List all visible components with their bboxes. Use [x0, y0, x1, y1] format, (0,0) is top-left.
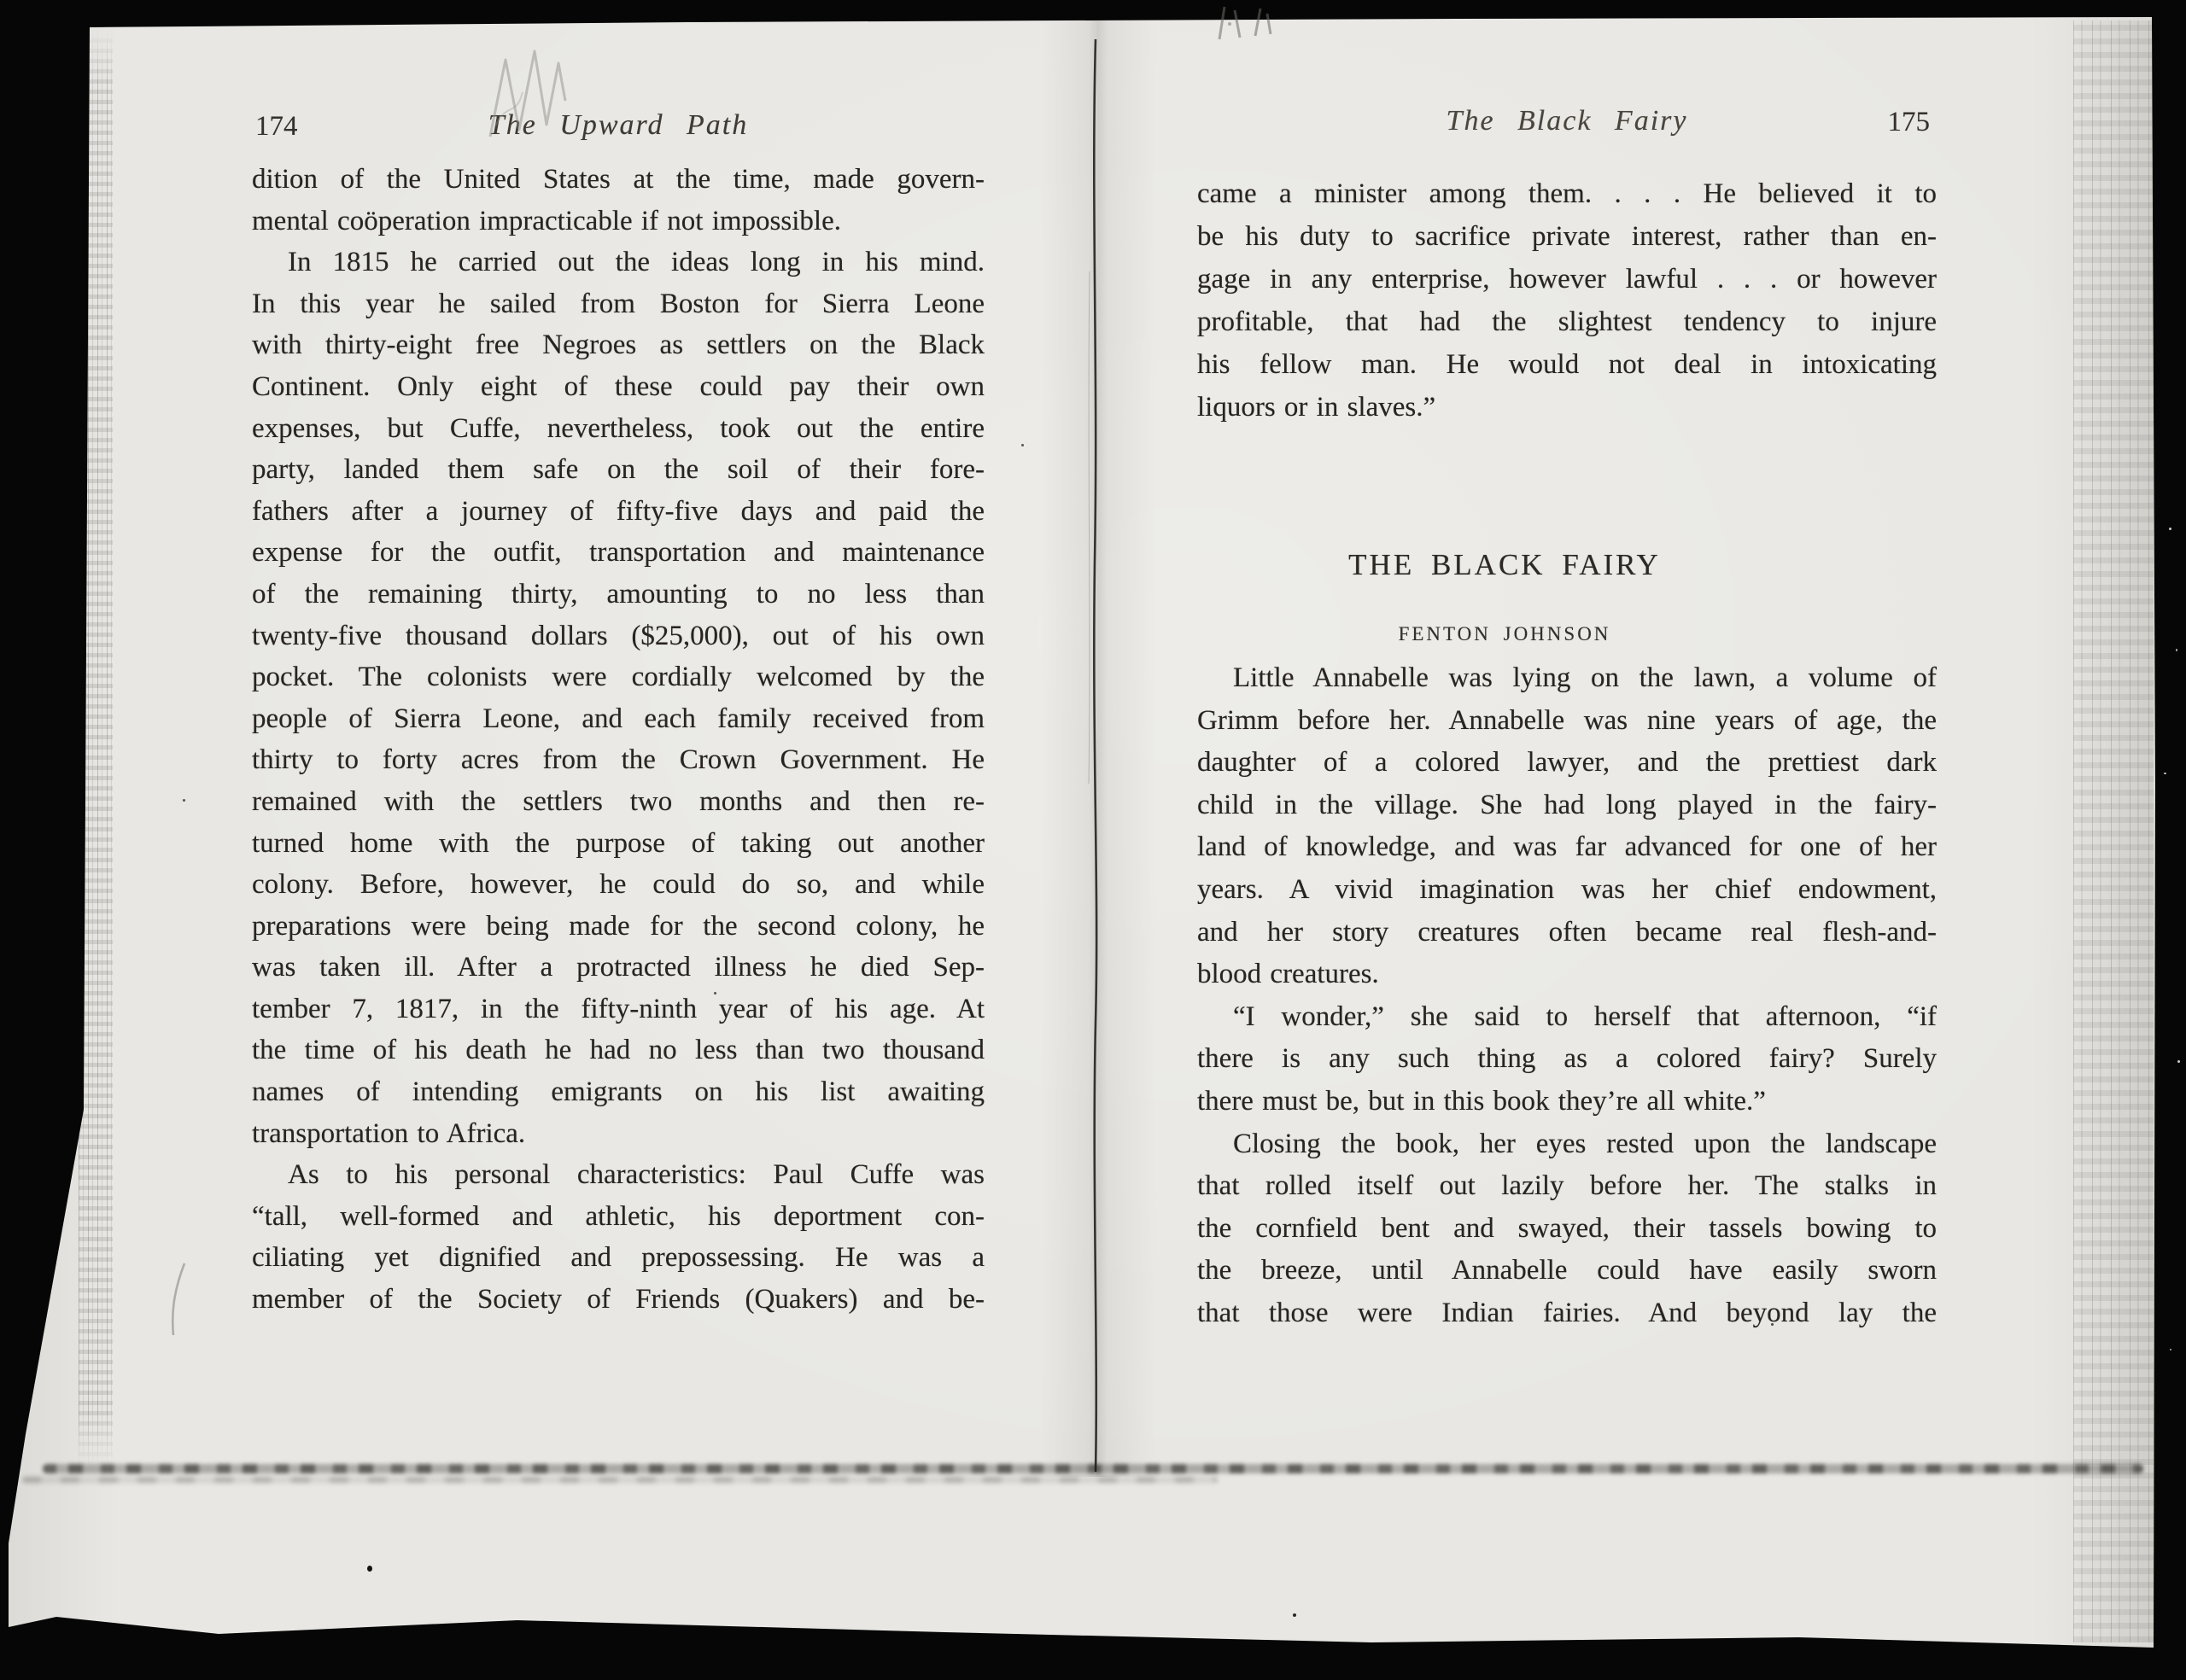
text-line: Little Annabelle was lying on the lawn, …	[1197, 657, 1937, 700]
text-line: the time of his death he had no less tha…	[252, 1030, 985, 1071]
text-line: As to his personal characteristics: Paul…	[252, 1154, 985, 1196]
text-line: that rolled itself out lazily before her…	[1197, 1165, 1937, 1208]
text-line: colony. Before, however, he could do so,…	[252, 864, 985, 906]
text-line: names of intending emigrants on his list…	[252, 1071, 985, 1113]
book-paper: 174 The Upward Path dition of the United…	[5, 15, 2159, 1648]
text-line: “tall, well-formed and athletic, his dep…	[252, 1196, 985, 1238]
text-line: Grimm before her. Annabelle was nine yea…	[1197, 700, 1937, 743]
dust-speck	[1771, 1323, 1774, 1326]
text-line: people of Sierra Leone, and each family …	[252, 698, 985, 740]
pencil-mark-top	[1211, 0, 1313, 44]
text-line: mental coöperation impracticable if not …	[252, 201, 985, 242]
text-line: expense for the outfit, transportation a…	[252, 532, 985, 574]
pencil-mark-margin-slash	[164, 1260, 193, 1339]
text-line: years. A vivid imagination was her chief…	[1197, 869, 1937, 912]
text-line: Closing the book, her eyes rested upon t…	[1197, 1123, 1937, 1166]
text-line: fathers after a journey of fifty-five da…	[252, 491, 985, 533]
page-right-intro: came a minister among them. . . . He bel…	[1197, 172, 1937, 429]
text-line: be his duty to sacrifice private interes…	[1197, 215, 1937, 258]
page-bottom-edge-band	[43, 1464, 2143, 1473]
text-line: his fellow man. He would not deal in int…	[1197, 343, 1937, 386]
running-title-left: The Upward Path	[252, 108, 985, 143]
text-line: child in the village. She had long playe…	[1197, 785, 1937, 827]
pencil-mark-header	[478, 41, 598, 152]
text-line: of the remaining thirty, amounting to no…	[252, 574, 985, 615]
text-line: daughter of a colored lawyer, and the pr…	[1197, 742, 1937, 785]
text-line: In 1815 he carried out the ideas long in…	[252, 242, 985, 283]
text-line: there must be, but in this book they’re …	[1197, 1081, 1937, 1123]
story-title: THE BLACK FAIRY	[1197, 546, 1812, 584]
text-line: land of knowledge, and was far advanced …	[1197, 826, 1937, 869]
text-line: twenty-five thousand dollars ($25,000), …	[252, 615, 985, 657]
text-line: tember 7, 1817, in the fifty-ninth year …	[252, 989, 985, 1030]
dust-speck	[2176, 649, 2177, 651]
text-line: that those were Indian fairies. And beyo…	[1197, 1292, 1937, 1335]
page-left: 174 The Upward Path dition of the United…	[252, 108, 985, 1321]
text-line: In this year he sailed from Boston for S…	[252, 283, 985, 325]
text-line: turned home with the purpose of taking o…	[252, 823, 985, 865]
text-line: blood creatures.	[1197, 954, 1937, 996]
dust-speck	[2177, 1060, 2180, 1063]
text-line: Continent. Only eight of these could pay…	[252, 366, 985, 408]
story-author: FENTON JOHNSON	[1197, 621, 1812, 647]
page-left-body: dition of the United States at the time,…	[252, 159, 985, 1321]
page-number-right: 175	[1888, 104, 1931, 140]
page-number-left: 174	[255, 108, 298, 144]
dust-speck	[1021, 444, 1024, 446]
story-heading: THE BLACK FAIRY FENTON JOHNSON	[1197, 546, 1812, 647]
text-line: thirty to forty acres from the Crown Gov…	[252, 739, 985, 781]
running-head-left: 174 The Upward Path	[252, 108, 985, 143]
dust-speck	[714, 992, 716, 995]
text-line: gage in any enterprise, however lawful .…	[1197, 258, 1937, 300]
running-head-right: The Black Fairy 175	[1197, 103, 1937, 139]
dust-speck	[2164, 773, 2166, 774]
page-bottom-edge-band-faint	[22, 1477, 1218, 1483]
text-line: pocket. The colonists were cordially wel…	[252, 656, 985, 698]
text-line: came a minister among them. . . . He bel…	[1197, 172, 1937, 215]
dust-speck	[2170, 1349, 2171, 1350]
text-line: expenses, but Cuffe, nevertheless, took …	[252, 408, 985, 450]
text-line: the cornfield bent and swayed, their tas…	[1197, 1208, 1937, 1251]
text-line: with thirty-eight free Negroes as settle…	[252, 324, 985, 366]
text-line: profitable, that had the slightest tende…	[1197, 300, 1937, 343]
dust-speck	[1293, 1613, 1296, 1617]
text-line: “I wonder,” she said to herself that aft…	[1197, 996, 1937, 1039]
text-line: party, landed them safe on the soil of t…	[252, 449, 985, 491]
text-line: dition of the United States at the time,…	[252, 159, 985, 201]
text-line: remained with the settlers two months an…	[252, 781, 985, 823]
dust-speck	[367, 1566, 372, 1572]
text-line: liquors or in slaves.”	[1197, 386, 1937, 429]
dust-speck	[2169, 528, 2171, 530]
text-line: was taken ill. After a protracted illnes…	[252, 947, 985, 989]
text-line: there is any such thing as a colored fai…	[1197, 1038, 1937, 1081]
text-line: transportation to Africa.	[252, 1113, 985, 1155]
text-line: the breeze, until Annabelle could have e…	[1197, 1250, 1937, 1292]
page-right-story-body: Little Annabelle was lying on the lawn, …	[1197, 657, 1937, 1335]
dust-speck	[183, 799, 185, 802]
text-line: ciliating yet dignified and prepossessin…	[252, 1237, 985, 1279]
scanned-book-spread: 174 The Upward Path dition of the United…	[0, 0, 2186, 1680]
page-right: The Black Fairy 175 came a minister amon…	[1197, 103, 1937, 1335]
text-line: and her story creatures often became rea…	[1197, 912, 1937, 954]
running-title-right: The Black Fairy	[1197, 103, 1937, 139]
text-line: member of the Society of Friends (Quaker…	[252, 1279, 985, 1321]
text-line: preparations were being made for the sec…	[252, 906, 985, 948]
